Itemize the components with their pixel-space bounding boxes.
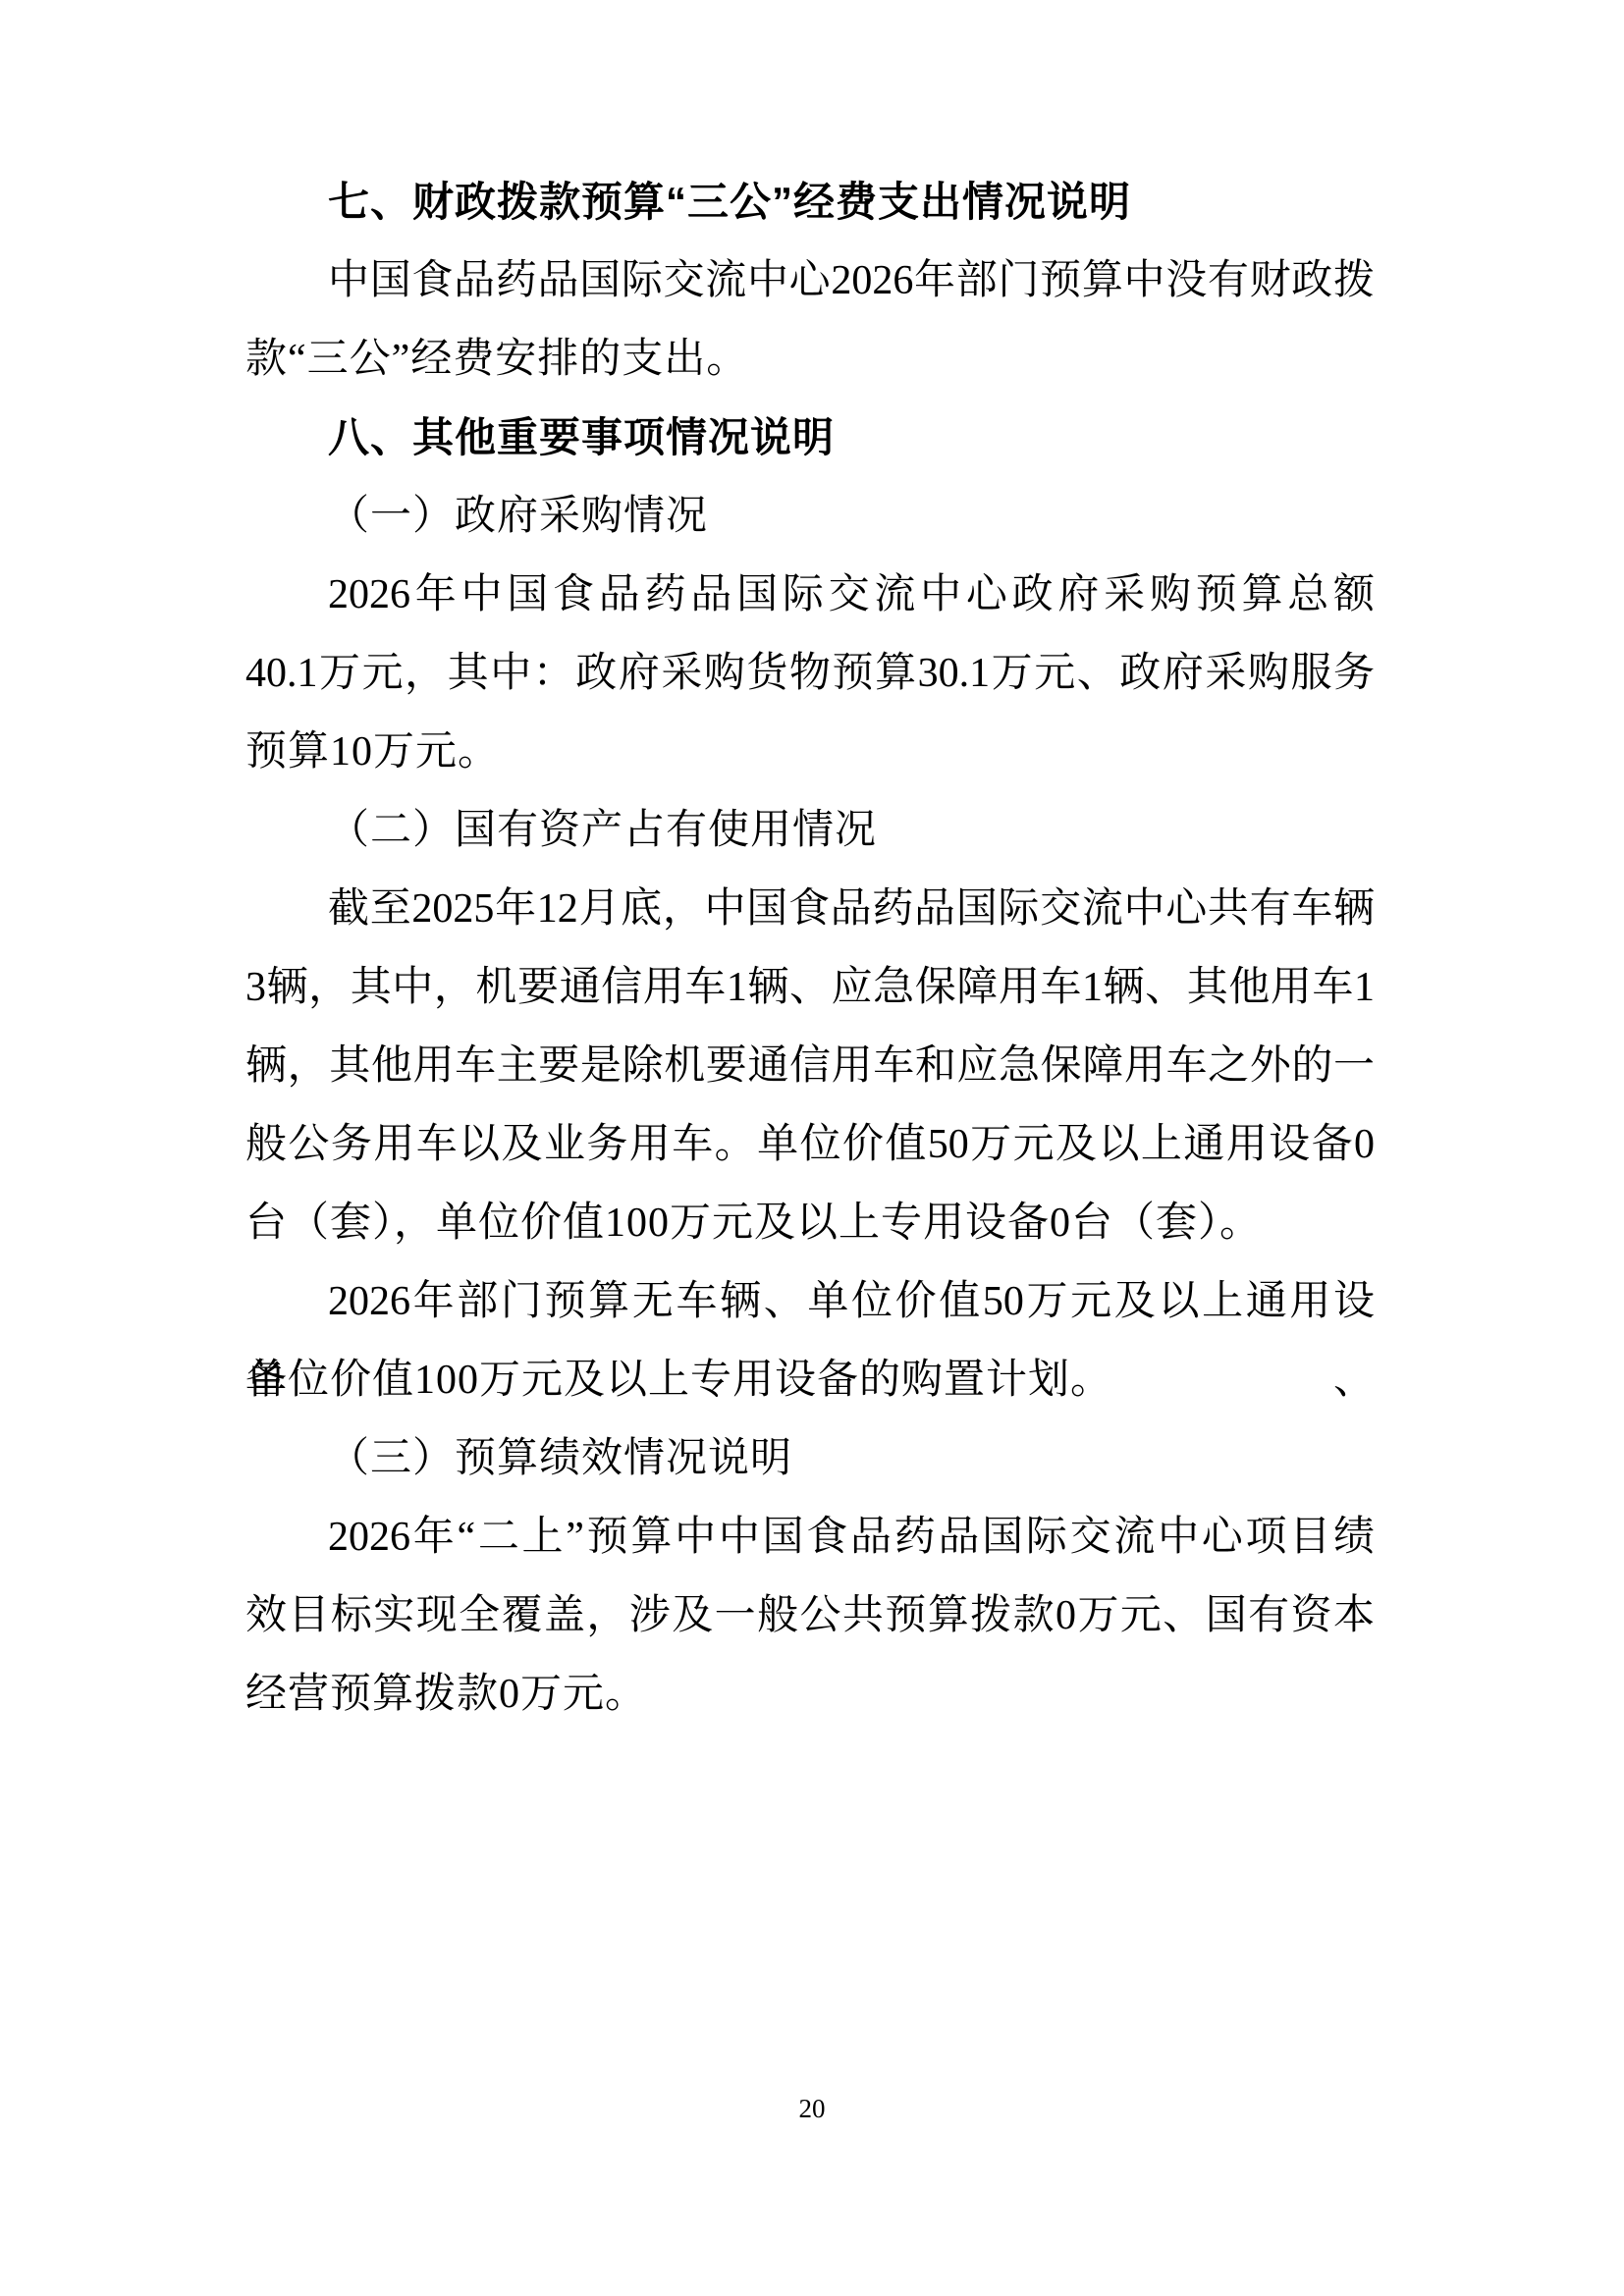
body-line: 台（套），单位价值100万元及以上专用设备0台（套）。 — [245, 1184, 1375, 1262]
body-line: 截至2025年12月底，中国食品药品国际交流中心共有车辆 — [245, 870, 1375, 948]
body-line: 般公务用车以及业务用车。单位价值50万元及以上通用设备0 — [245, 1105, 1375, 1184]
body-line: 预算10万元。 — [245, 713, 1375, 791]
sub-heading: （一）政府采购情况 — [245, 477, 1375, 556]
body-line: 3辆，其中，机要通信用车1辆、应急保障用车1辆、其他用车1 — [245, 948, 1375, 1027]
body-line: 款“三公”经费安排的支出。 — [245, 320, 1375, 399]
section-heading: 八、其他重要事项情况说明 — [245, 399, 1375, 477]
sub-heading: （二）国有资产占有使用情况 — [245, 791, 1375, 870]
body-line: 辆，其他用车主要是除机要通信用车和应急保障用车之外的一 — [245, 1027, 1375, 1105]
body-line: 效目标实现全覆盖，涉及一般公共预算拨款0万元、国有资本 — [245, 1576, 1375, 1655]
section-heading: 七、财政拨款预算“三公”经费支出情况说明 — [245, 163, 1375, 241]
body-line: 2026年部门预算无车辆、单位价值50万元及以上通用设备、 — [245, 1262, 1375, 1341]
body-line: 2026年中国食品药品国际交流中心政府采购预算总额 — [245, 556, 1375, 634]
body-line: 40.1万元，其中：政府采购货物预算30.1万元、政府采购服务 — [245, 634, 1375, 713]
body-line: 2026年“二上”预算中中国食品药品国际交流中心项目绩 — [245, 1498, 1375, 1576]
document-text-block: 七、财政拨款预算“三公”经费支出情况说明 中国食品药品国际交流中心2026年部门… — [245, 163, 1375, 1734]
body-line: 中国食品药品国际交流中心2026年部门预算中没有财政拨 — [245, 241, 1375, 320]
document-page: 七、财政拨款预算“三公”经费支出情况说明 中国食品药品国际交流中心2026年部门… — [0, 0, 1624, 2296]
sub-heading: （三）预算绩效情况说明 — [245, 1419, 1375, 1498]
body-line: 经营预算拨款0万元。 — [245, 1655, 1375, 1734]
page-number: 20 — [0, 2089, 1624, 2128]
